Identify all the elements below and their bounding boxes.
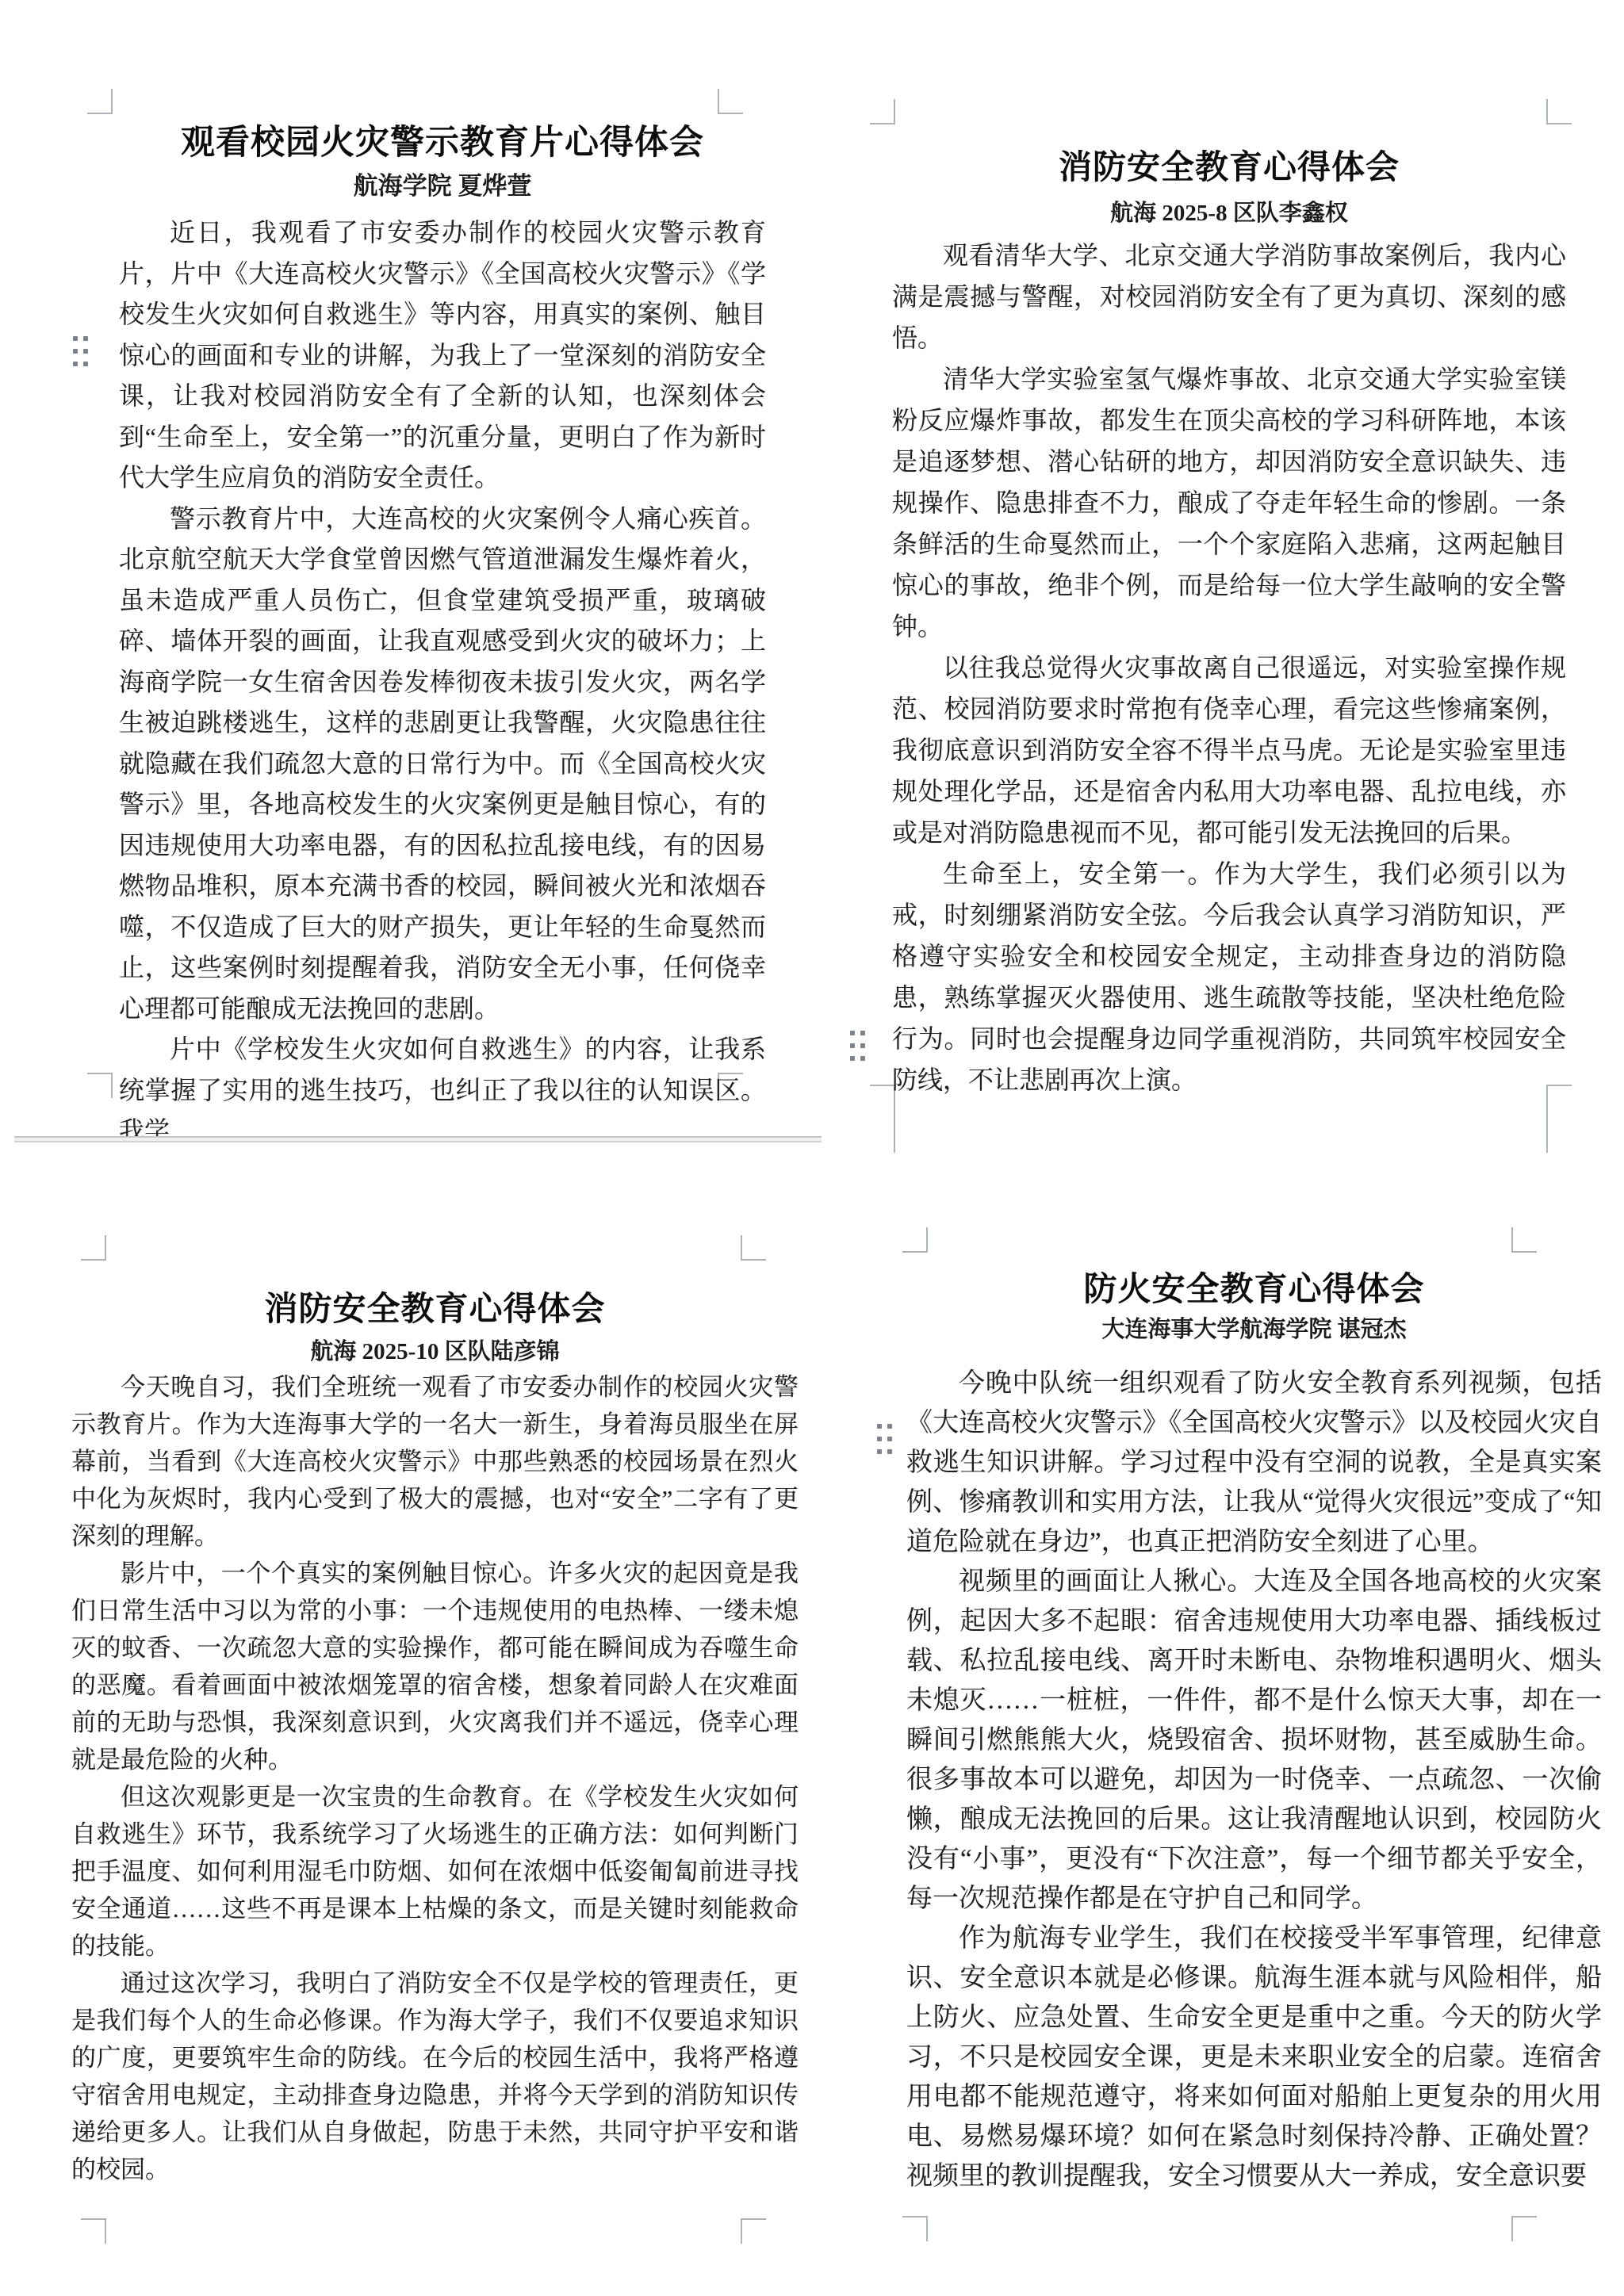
body-paragraph: 通过这次学习，我明白了消防安全不仅是学校的管理责任，更是我们每个人的生命必修课。…	[71, 1965, 799, 2188]
body-paragraph: 今晚中队统一组织观看了防火安全教育系列视频，包括《大连高校火灾警示》《全国高校火…	[906, 1364, 1602, 1562]
body-paragraph: 生命至上，安全第一。作为大学生，我们必须引以为戒，时刻绷紧消防安全弦。今后我会认…	[892, 853, 1566, 1100]
body-paragraph: 今天晚自习，我们全班统一观看了市安委办制作的校园火灾警示教育片。作为大连海事大学…	[71, 1368, 799, 1555]
margin-corner-mark	[741, 1235, 766, 1261]
author-line: 航海 2025-10 区队陆彦锦	[71, 1334, 799, 1366]
margin-corner-mark	[718, 89, 743, 114]
author-line: 航海学院 夏烨萱	[119, 166, 766, 201]
page-top-left: 观看校园火灾警示教育片心得体会 航海学院 夏烨萱 近日，我观看了市安委办制作的校…	[0, 0, 825, 1147]
essay-body: 今晚中队统一组织观看了防火安全教育系列视频，包括《大连高校火灾警示》《全国高校火…	[906, 1364, 1602, 2196]
body-paragraph: 但这次观影更是一次宝贵的生命教育。在《学校发生火灾如何自救逃生》环节，我系统学习…	[71, 1778, 799, 1965]
margin-corner-mark	[1511, 2216, 1537, 2241]
page-title: 消防安全教育心得体会	[892, 141, 1566, 189]
margin-corner-mark	[741, 2218, 766, 2244]
margin-corner-mark	[1546, 99, 1572, 124]
essay-body: 近日，我观看了市安委办制作的校园火灾警示教育片，片中《大连高校火灾警示》《全国高…	[119, 212, 766, 1152]
body-paragraph: 影片中，一个个真实的案例触目惊心。许多火灾的起因竟是我们日常生活中习以为常的小事…	[71, 1555, 799, 1778]
page-bottom-right: 防火安全教育心得体会 大连海事大学航海学院 谌冠杰 今晚中队统一组织观看了防火安…	[825, 1158, 1624, 2296]
body-paragraph: 近日，我观看了市安委办制作的校园火灾警示教育片，片中《大连高校火灾警示》《全国高…	[119, 212, 766, 499]
body-paragraph: 以往我总觉得火灾事故离自己很遥远，对实验室操作规范、校园消防要求时常抱有侥幸心理…	[892, 647, 1566, 853]
author-line: 大连海事大学航海学院 谌冠杰	[906, 1311, 1602, 1344]
margin-corner-mark	[902, 2216, 928, 2241]
margin-corner-mark	[870, 99, 895, 124]
body-paragraph: 观看清华大学、北京交通大学消防事故案例后，我内心满是震撼与警醒，对校园消防安全有…	[892, 235, 1566, 358]
essay-body: 今天晚自习，我们全班统一观看了市安委办制作的校园火灾警示教育片。作为大连海事大学…	[71, 1368, 799, 2188]
paragraph-handle-icon[interactable]	[850, 1031, 865, 1061]
body-paragraph: 作为航海专业学生，我们在校接受半军事管理，纪律意识、安全意识本就是必修课。航海生…	[906, 1919, 1602, 2196]
document-canvas: 观看校园火灾警示教育片心得体会 航海学院 夏烨萱 近日，我观看了市安委办制作的校…	[0, 0, 1624, 2296]
body-paragraph: 警示教育片中，大连高校的火灾案例令人痛心疾首。北京航空航天大学食堂曾因燃气管道泄…	[119, 499, 766, 1030]
body-paragraph: 片中《学校发生火灾如何自救逃生》的内容，让我系统掌握了实用的逃生技巧，也纠正了我…	[119, 1029, 766, 1152]
paragraph-handle-icon[interactable]	[877, 1424, 892, 1454]
page-top-right: 消防安全教育心得体会 航海 2025-8 区队李鑫权 观看清华大学、北京交通大学…	[825, 0, 1624, 1158]
page-break-separator	[14, 1136, 822, 1142]
margin-corner-mark	[87, 89, 113, 114]
margin-corner-mark	[87, 1073, 113, 1098]
author-line: 航海 2025-8 区队李鑫权	[892, 195, 1566, 228]
page-title: 防火安全教育心得体会	[906, 1263, 1602, 1311]
margin-corner-mark	[81, 2218, 106, 2244]
body-paragraph: 清华大学实验室氢气爆炸事故、北京交通大学实验室镁粉反应爆炸事故，都发生在顶尖高校…	[892, 358, 1566, 647]
essay-body: 观看清华大学、北京交通大学消防事故案例后，我内心满是震撼与警醒，对校园消防安全有…	[892, 235, 1566, 1100]
paragraph-handle-icon[interactable]	[73, 336, 88, 366]
margin-corner-mark	[81, 1235, 106, 1261]
body-paragraph: 视频里的画面让人揪心。大连及全国各地高校的火灾案例，起因大多不起眼：宿舍违规使用…	[906, 1562, 1602, 1919]
page-title: 观看校园火灾警示教育片心得体会	[119, 116, 766, 164]
page-title: 消防安全教育心得体会	[71, 1283, 799, 1330]
margin-corner-mark	[1511, 1227, 1537, 1253]
page-bottom-left: 消防安全教育心得体会 航海 2025-10 区队陆彦锦 今天晚自习，我们全班统一…	[0, 1147, 825, 2296]
margin-corner-mark	[902, 1227, 928, 1253]
